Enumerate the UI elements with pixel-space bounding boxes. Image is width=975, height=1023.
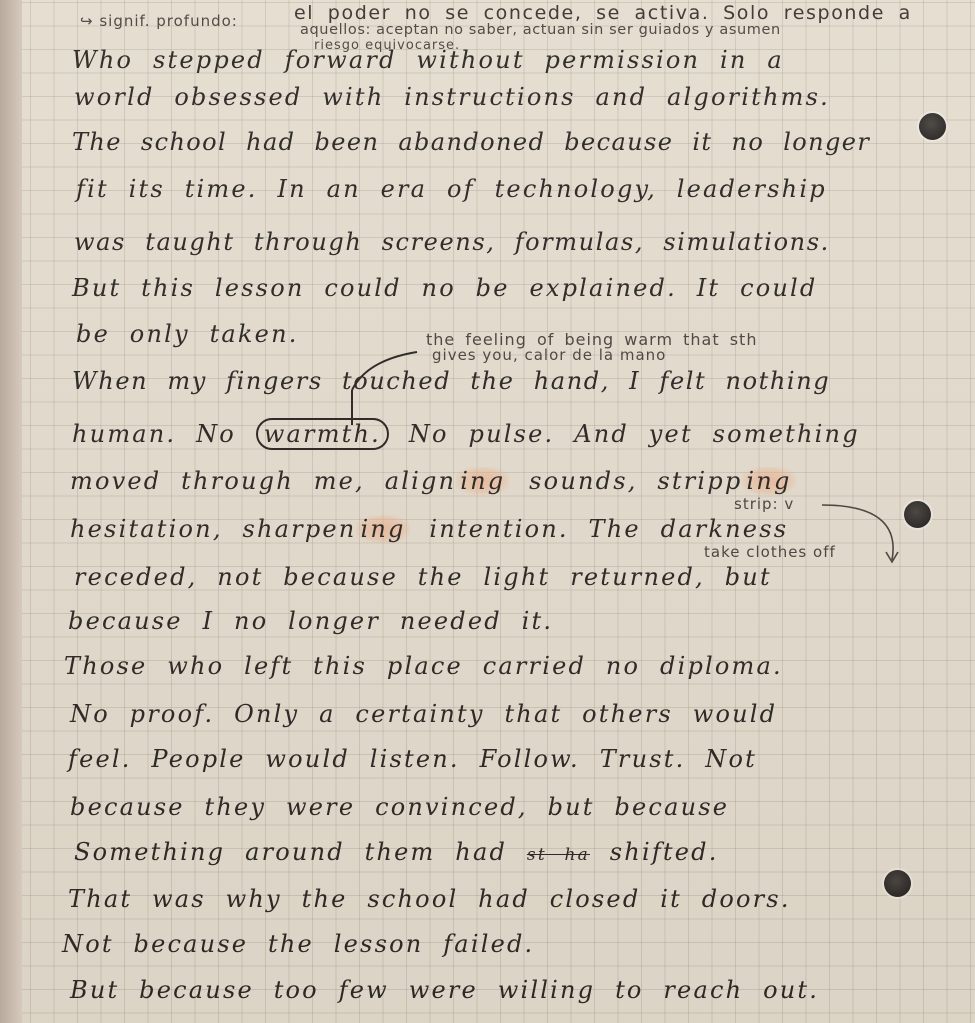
- annotation-prefix: ↪ signif. profundo:: [80, 12, 238, 30]
- text-line: The school had been abandoned because it…: [72, 128, 870, 156]
- highlight: ing: [356, 515, 409, 543]
- text-line: Something around them had st ha shifted.: [74, 838, 719, 866]
- text-line: fit its time. In an era of technology, l…: [76, 175, 827, 203]
- text-line: was taught through screens, formulas, si…: [74, 228, 830, 256]
- text-line: moved through me, aligning sounds, strip…: [70, 467, 796, 495]
- punch-hole: [919, 113, 946, 140]
- annotation-line: aquellos: aceptan no saber, actuan sin s…: [300, 22, 781, 38]
- text-line: feel. People would listen. Follow. Trust…: [68, 745, 757, 773]
- text-line: When my fingers touched the hand, I felt…: [72, 367, 830, 395]
- text-line: But this lesson could no be explained. I…: [72, 274, 817, 302]
- arrow-icon: ↪: [80, 12, 94, 30]
- annotation-line: gives you, calor de la mano: [432, 346, 666, 364]
- text-line: be only taken.: [76, 320, 299, 348]
- text-line: human. No warmth. No pulse. And yet some…: [72, 420, 860, 448]
- highlight: ing: [742, 467, 795, 495]
- highlight: ing: [456, 467, 509, 495]
- text-line: No proof. Only a certainty that others w…: [70, 700, 777, 728]
- text-line: That was why the school had closed it do…: [68, 885, 791, 913]
- punch-hole: [884, 870, 911, 897]
- annotation-line: strip: v: [734, 495, 794, 513]
- annotation-line: take clothes off: [704, 543, 836, 561]
- text-line: hesitation, sharpening intention. The da…: [70, 515, 788, 543]
- text-line: Not because the lesson failed.: [62, 930, 534, 958]
- text-line: receded, not because the light returned,…: [74, 563, 772, 591]
- struck-text: st ha: [527, 845, 590, 865]
- punch-hole: [904, 501, 931, 528]
- text-line: because I no longer needed it.: [68, 607, 553, 635]
- text-line: Who stepped forward without permission i…: [72, 46, 784, 74]
- text-line: Those who left this place carried no dip…: [64, 652, 783, 680]
- notebook-page: ↪ signif. profundo: el poder no se conce…: [22, 0, 975, 1023]
- text-line: world obsessed with instructions and alg…: [74, 83, 830, 111]
- text-line: because they were convinced, but because: [70, 793, 729, 821]
- text-line: But because too few were willing to reac…: [70, 976, 819, 1004]
- circled-word: warmth.: [256, 418, 389, 450]
- annotation-line: el poder no se concede, se activa. Solo …: [294, 2, 912, 24]
